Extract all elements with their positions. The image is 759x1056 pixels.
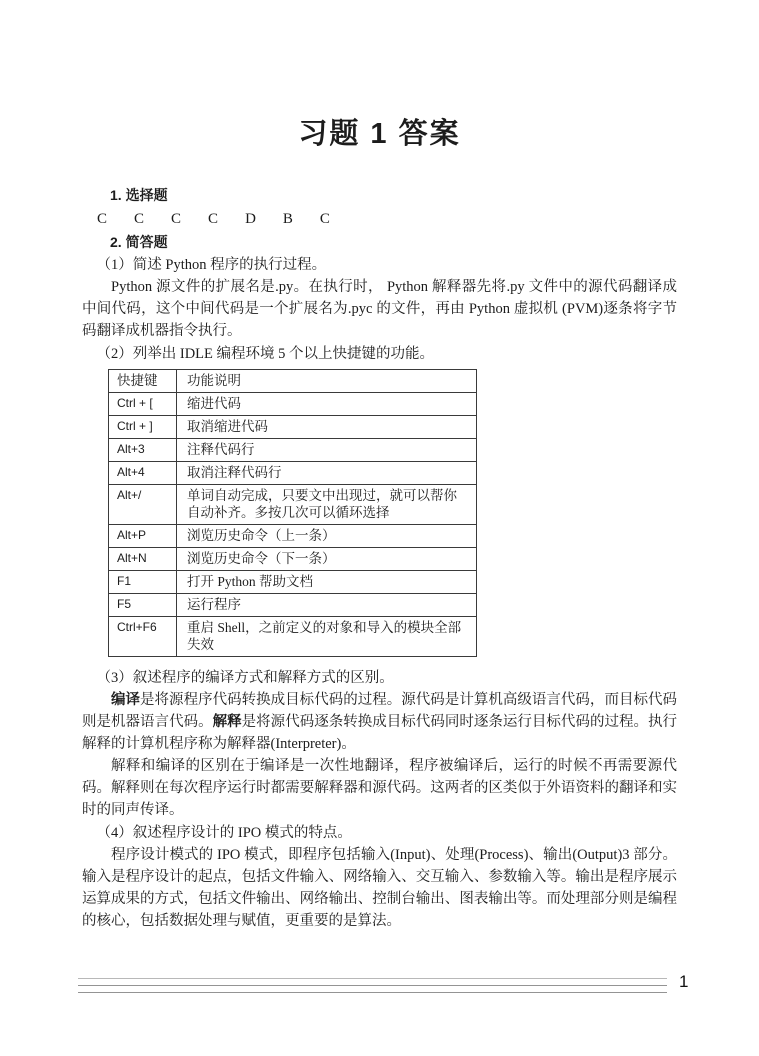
question-2-label: （2）列举出 IDLE 编程环境 5 个以上快捷键的功能。 (82, 343, 677, 365)
question-3-answer-2: 解释和编译的区别在于编译是一次性地翻译，程序被编译后，运行的时候不再需要源代码。… (82, 755, 677, 821)
choice-answer-letter: C (97, 209, 107, 230)
shortcut-key-cell: Ctrl + [ (109, 393, 177, 416)
shortcut-key-cell: Ctrl+F6 (109, 617, 177, 657)
shortcut-table-row: Ctrl + [ 缩进代码 (109, 393, 477, 416)
page-number: 1 (679, 970, 688, 994)
question-3-label: （3）叙述程序的编译方式和解释方式的区别。 (82, 667, 677, 689)
shortcut-desc-cell: 浏览历史命令（下一条） (177, 548, 477, 571)
bold-term-interpret: 解释 (213, 714, 242, 730)
shortcut-table-header-row: 快捷键 功能说明 (109, 370, 477, 393)
choice-answer-letter: C (171, 209, 181, 230)
shortcut-table-row: Ctrl + ] 取消缩进代码 (109, 416, 477, 439)
footer-rule-line (78, 985, 667, 986)
shortcut-table-head: 快捷键 功能说明 (109, 370, 477, 393)
shortcut-desc-cell: 打开 Python 帮助文档 (177, 571, 477, 594)
shortcut-key-cell: Alt+3 (109, 439, 177, 462)
section-heading-choice: 1. 选择题 (82, 185, 677, 206)
shortcut-table-body: Ctrl + [ 缩进代码 Ctrl + ] 取消缩进代码 Alt+3 注释代码… (109, 393, 477, 657)
section-heading-short-answer: 2. 简答题 (82, 232, 677, 253)
table-header-function-desc: 功能说明 (177, 370, 477, 393)
shortcut-table-row: Ctrl+F6 重启 Shell，之前定义的对象和导入的模块全部失效 (109, 617, 477, 657)
shortcut-key-cell: Alt+/ (109, 485, 177, 525)
choice-answer-letter: D (245, 209, 256, 230)
shortcut-table-row: Alt+4 取消注释代码行 (109, 462, 477, 485)
shortcut-table-row: Alt+3 注释代码行 (109, 439, 477, 462)
shortcut-key-cell: F5 (109, 594, 177, 617)
shortcut-key-cell: Ctrl + ] (109, 416, 177, 439)
shortcut-desc-cell: 重启 Shell，之前定义的对象和导入的模块全部失效 (177, 617, 477, 657)
shortcut-desc-cell: 缩进代码 (177, 393, 477, 416)
shortcut-key-cell: F1 (109, 571, 177, 594)
shortcut-desc-cell: 注释代码行 (177, 439, 477, 462)
question-4-answer: 程序设计模式的 IPO 模式，即程序包括输入(Input)、处理(Process… (82, 844, 677, 932)
question-4-label: （4）叙述程序设计的 IPO 模式的特点。 (82, 822, 677, 844)
shortcut-desc-cell: 运行程序 (177, 594, 477, 617)
question-1-answer: Python 源文件的扩展名是.py。在执行时， Python 解释器先将.py… (82, 276, 677, 342)
shortcut-table-row: F1 打开 Python 帮助文档 (109, 571, 477, 594)
question-1-label: （1）简述 Python 程序的执行过程。 (82, 254, 677, 276)
bold-term-compile: 编译 (111, 692, 140, 708)
shortcut-key-cell: Alt+P (109, 525, 177, 548)
choice-answers-row: C C C C D B C (82, 209, 677, 230)
document-page: 习题 1 答案 1. 选择题 C C C C D B C 2. 简答题 （1）简… (0, 0, 759, 932)
page-content: 1. 选择题 C C C C D B C 2. 简答题 （1）简述 Python… (0, 185, 759, 932)
choice-answer-letter: C (208, 209, 218, 230)
shortcut-desc-cell: 单词自动完成，只要文中出现过，就可以帮你自动补齐。多按几次可以循环选择 (177, 485, 477, 525)
shortcut-table-row: F5 运行程序 (109, 594, 477, 617)
page-footer: 1 (78, 974, 688, 1000)
shortcut-desc-cell: 取消注释代码行 (177, 462, 477, 485)
shortcut-key-cell: Alt+4 (109, 462, 177, 485)
shortcut-table-row: Alt+P 浏览历史命令（上一条） (109, 525, 477, 548)
shortcut-desc-cell: 浏览历史命令（上一条） (177, 525, 477, 548)
question-3-answer-1: 编译是将源程序代码转换成目标代码的过程。源代码是计算机高级语言代码，而目标代码则… (82, 689, 677, 755)
table-header-shortcut-key: 快捷键 (109, 370, 177, 393)
page-title: 习题 1 答案 (0, 0, 759, 152)
choice-answer-letter: C (320, 209, 330, 230)
choice-answer-letter: C (134, 209, 144, 230)
idle-shortcut-table: 快捷键 功能说明 Ctrl + [ 缩进代码 Ctrl + ] 取消缩进代码 (108, 369, 477, 657)
shortcut-key-cell: Alt+N (109, 548, 177, 571)
choice-answer-letter: B (283, 209, 293, 230)
shortcut-table-row: Alt+/ 单词自动完成，只要文中出现过，就可以帮你自动补齐。多按几次可以循环选… (109, 485, 477, 525)
shortcut-desc-cell: 取消缩进代码 (177, 416, 477, 439)
footer-rule-line (78, 978, 667, 979)
footer-rule-lines (78, 978, 667, 993)
shortcut-table-row: Alt+N 浏览历史命令（下一条） (109, 548, 477, 571)
footer-rule-line (78, 992, 667, 993)
